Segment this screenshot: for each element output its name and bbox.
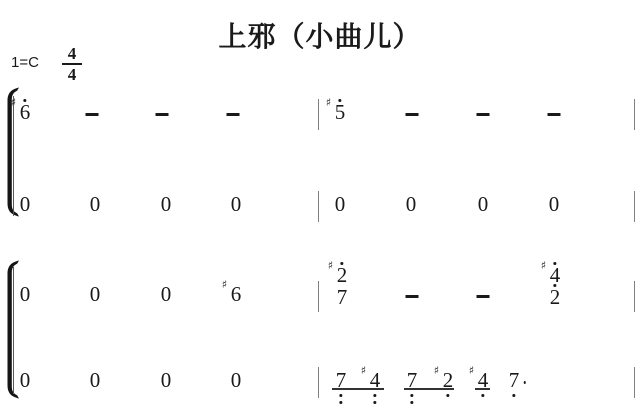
- note: 2♯: [443, 370, 454, 390]
- barline: [318, 367, 319, 398]
- octave-dot-above: [24, 99, 27, 102]
- barline: [318, 191, 319, 222]
- octave-dot-above: [554, 262, 557, 265]
- note-digit: 0: [161, 370, 172, 390]
- note-digit: 7: [407, 370, 418, 390]
- note-digit: 0: [231, 370, 242, 390]
- barline: [634, 367, 635, 398]
- eighth-note-beam: [332, 388, 384, 390]
- barline: [318, 99, 319, 130]
- note-digit: 7: [337, 287, 348, 307]
- octave-dot-above: [341, 262, 344, 265]
- octave-dot-below: [374, 401, 377, 404]
- sharp-icon: ♯: [328, 260, 333, 271]
- note-digit: 0: [406, 194, 417, 214]
- note: 5♯: [335, 102, 346, 122]
- octave-dot-below: [411, 394, 414, 397]
- octave-dot-below: [447, 394, 450, 397]
- system-start-line: [13, 267, 14, 394]
- sustain-dash: [406, 113, 419, 116]
- rest-note: 0: [549, 194, 560, 214]
- note-digit: 0: [20, 284, 31, 304]
- augmentation-dot: [523, 381, 526, 384]
- sustain-dash: [156, 113, 169, 116]
- rest-note: 0: [478, 194, 489, 214]
- note: 7: [407, 370, 418, 390]
- rest-note: 0: [20, 370, 31, 390]
- rest-note: 0: [20, 284, 31, 304]
- rest-note: 0: [335, 194, 346, 214]
- note-digit: 4: [478, 370, 489, 390]
- rest-note: 0: [90, 194, 101, 214]
- note: 7: [337, 287, 348, 307]
- barline: [634, 191, 635, 222]
- sustain-dash: [477, 113, 490, 116]
- octave-dot-below: [411, 401, 414, 404]
- rest-note: 0: [231, 194, 242, 214]
- note: 4♯: [478, 370, 489, 390]
- barline: [318, 281, 319, 312]
- note-digit: 2: [337, 265, 348, 285]
- note: 6♯: [231, 284, 242, 304]
- rest-note: 0: [231, 370, 242, 390]
- note-digit: 0: [90, 284, 101, 304]
- sustain-dash: [227, 113, 240, 116]
- note-digit: 0: [161, 284, 172, 304]
- note: 6♯: [20, 102, 31, 122]
- barline: [634, 281, 635, 312]
- note-digit: 4: [370, 370, 381, 390]
- sharp-icon: ♯: [361, 365, 366, 376]
- rest-note: 0: [90, 284, 101, 304]
- octave-dot-above: [554, 284, 557, 287]
- system-start-line: [13, 96, 14, 216]
- note: 4♯: [550, 265, 561, 285]
- sustain-dash: [477, 295, 490, 298]
- sharp-icon: ♯: [434, 365, 439, 376]
- note: 2: [550, 287, 561, 307]
- note-digit: 7: [336, 370, 347, 390]
- eighth-note-beam: [475, 388, 490, 390]
- note-digit: 0: [20, 370, 31, 390]
- note-digit: 0: [90, 194, 101, 214]
- note-digit: 0: [549, 194, 560, 214]
- sustain-dash: [548, 113, 561, 116]
- note: 7: [336, 370, 347, 390]
- rest-note: 0: [406, 194, 417, 214]
- note-digit: 0: [90, 370, 101, 390]
- octave-dot-below: [513, 394, 516, 397]
- octave-dot-above: [339, 99, 342, 102]
- note-digit: 6: [20, 102, 31, 122]
- note-digit: 4: [550, 265, 561, 285]
- eighth-note-beam: [404, 388, 454, 390]
- note: 7: [509, 370, 520, 390]
- note-digit: 0: [161, 194, 172, 214]
- sharp-icon: ♯: [222, 279, 227, 290]
- octave-dot-below: [340, 394, 343, 397]
- note-digit: 5: [335, 102, 346, 122]
- sheet-music-page: 上邪（小曲儿） 1=C 4 4 6♯5♯000000000006♯2♯74♯20…: [0, 0, 640, 418]
- sharp-icon: ♯: [11, 97, 16, 108]
- sharp-icon: ♯: [541, 260, 546, 271]
- sharp-icon: ♯: [326, 97, 331, 108]
- note-digit: 0: [20, 194, 31, 214]
- score-systems: 6♯5♯000000000006♯2♯74♯2000074♯72♯4♯7: [0, 0, 640, 418]
- rest-note: 0: [161, 194, 172, 214]
- note: 2♯: [337, 265, 348, 285]
- sustain-dash: [406, 295, 419, 298]
- note-digit: 6: [231, 284, 242, 304]
- note-digit: 2: [550, 287, 561, 307]
- rest-note: 0: [90, 370, 101, 390]
- rest-note: 0: [161, 370, 172, 390]
- rest-note: 0: [161, 284, 172, 304]
- octave-dot-below: [340, 401, 343, 404]
- sharp-icon: ♯: [469, 365, 474, 376]
- note-digit: 2: [443, 370, 454, 390]
- note: 4♯: [370, 370, 381, 390]
- note-digit: 0: [231, 194, 242, 214]
- note-digit: 0: [335, 194, 346, 214]
- rest-note: 0: [20, 194, 31, 214]
- sustain-dash: [86, 113, 99, 116]
- octave-dot-below: [482, 394, 485, 397]
- note-digit: 7: [509, 370, 520, 390]
- barline: [634, 99, 635, 130]
- octave-dot-below: [374, 394, 377, 397]
- note-digit: 0: [478, 194, 489, 214]
